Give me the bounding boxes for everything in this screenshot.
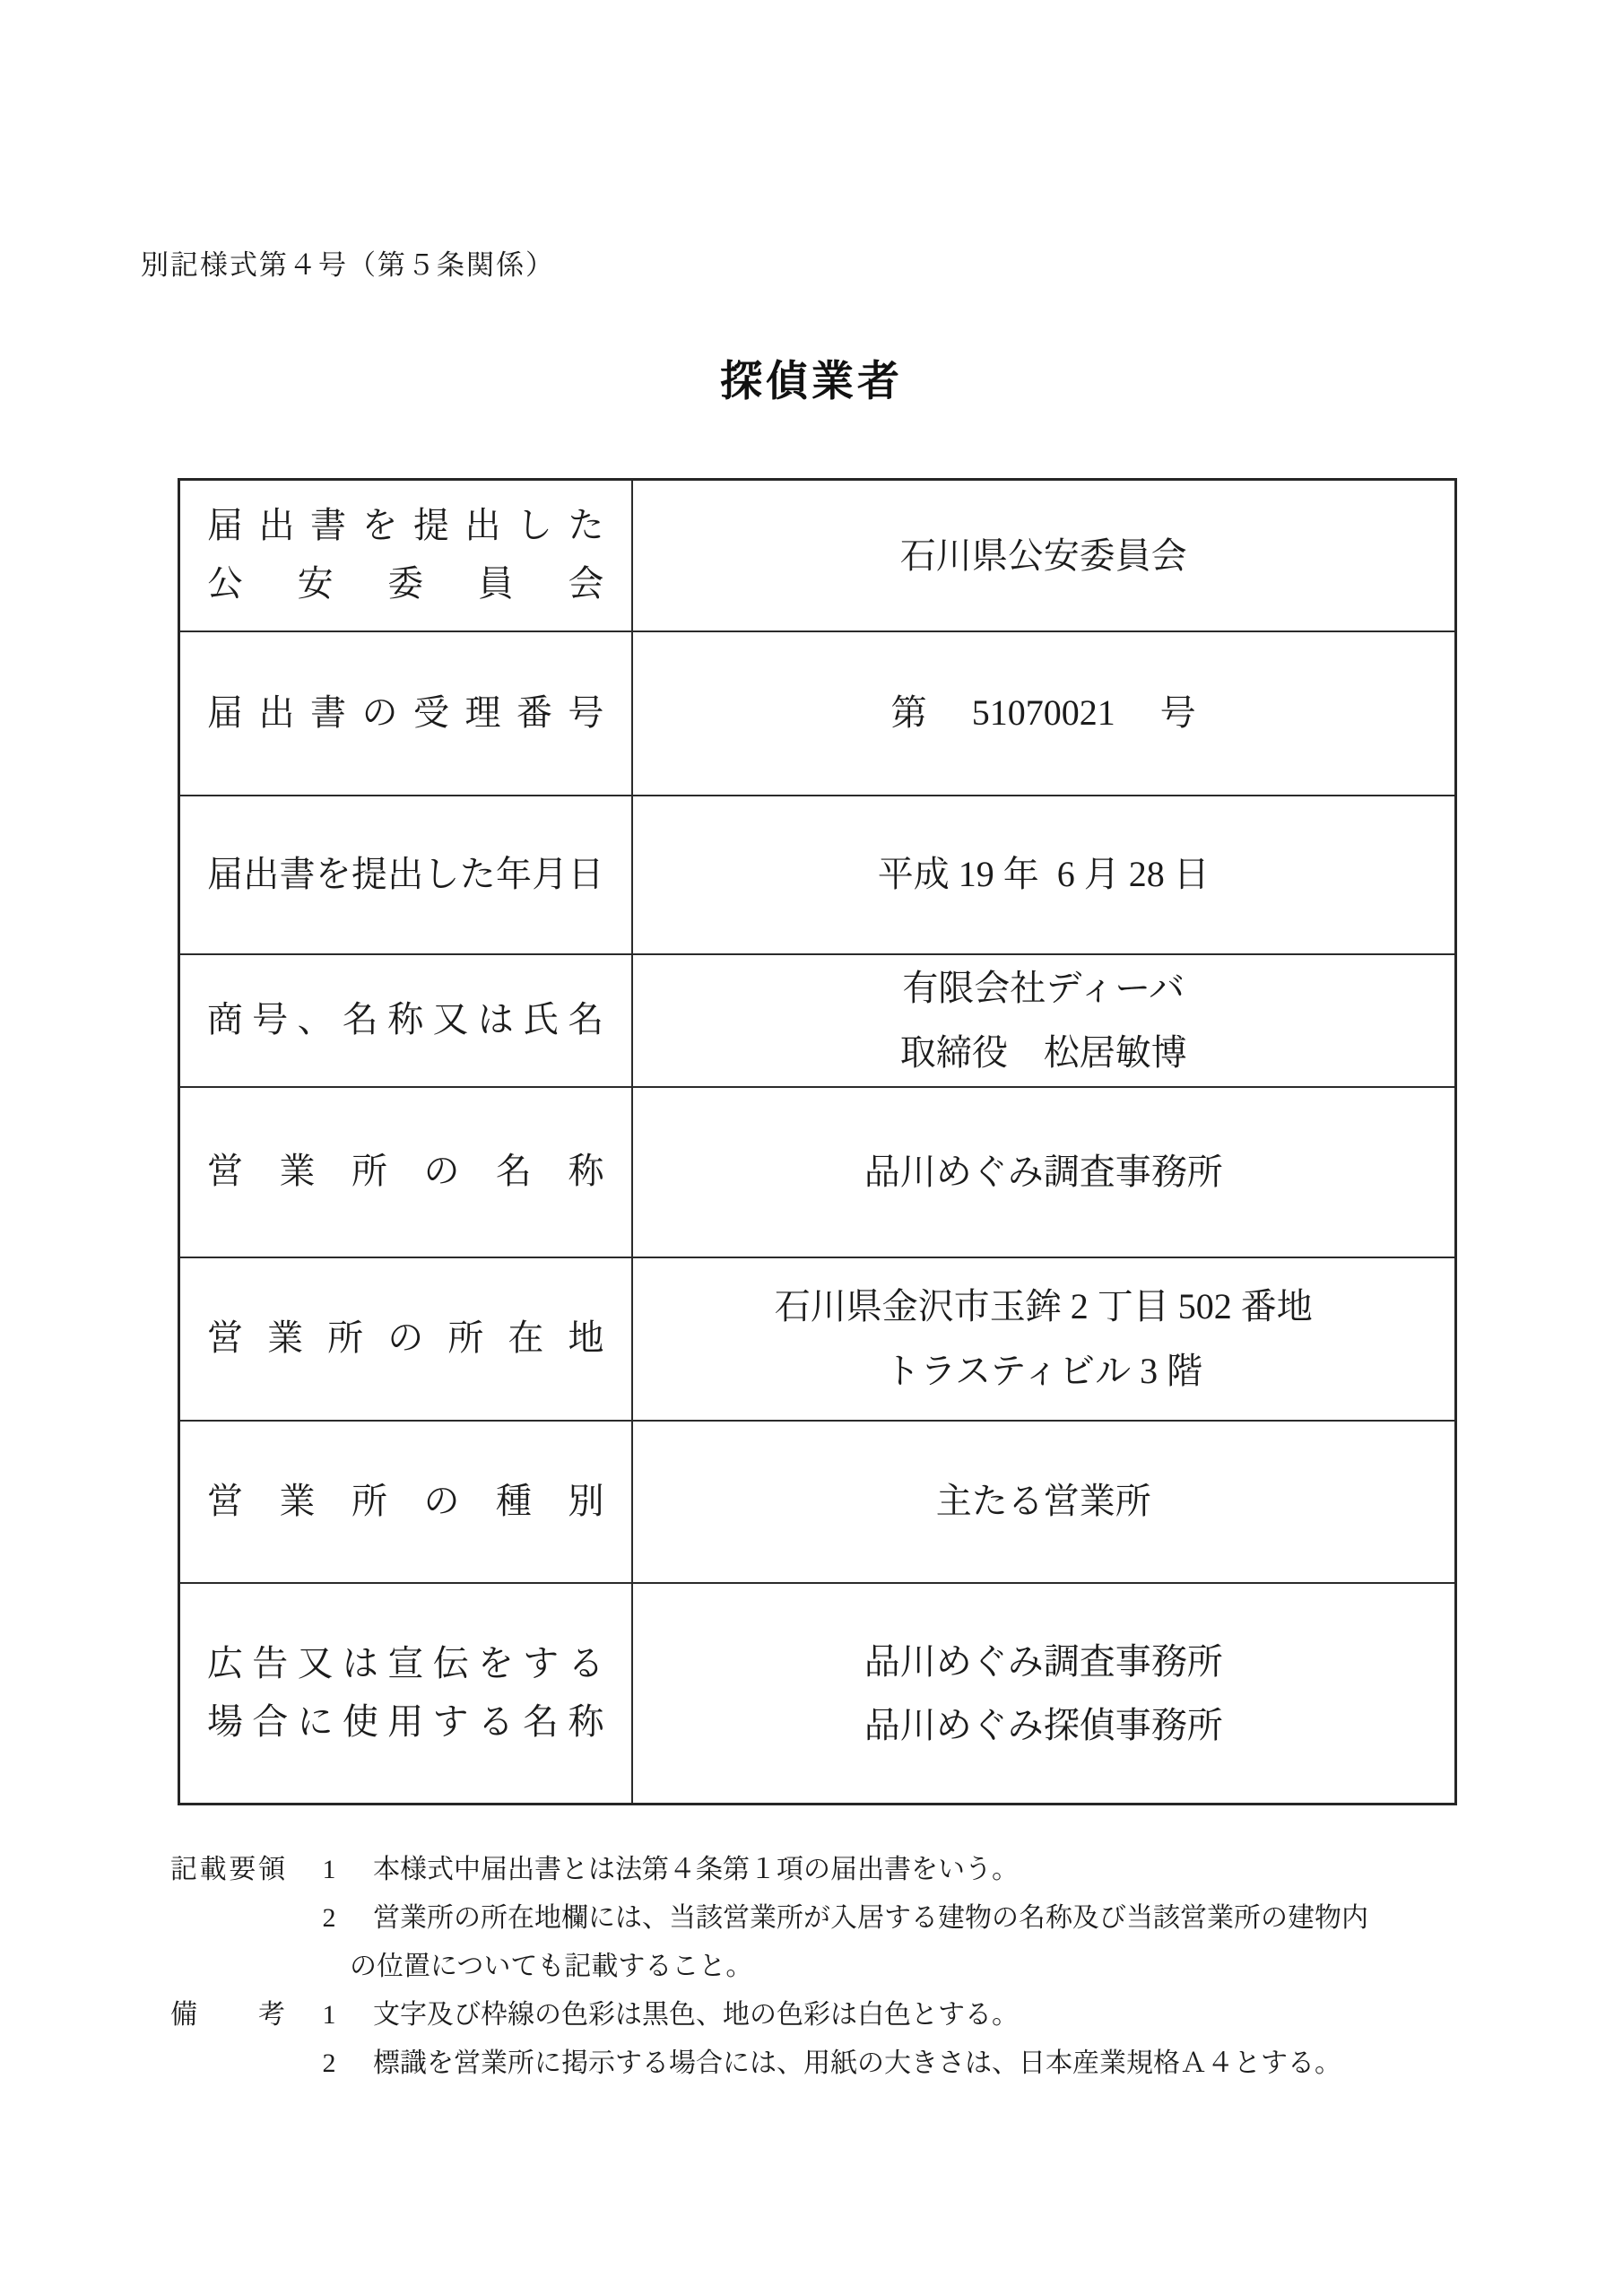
cell-line: 取締役 松居敏博	[633, 1021, 1455, 1084]
label-cell-office-type: 営業所の種別	[179, 1421, 632, 1583]
table-row: 届出書を提出した年月日 平成 19 年 6 月 28 日	[179, 796, 1456, 954]
label-cell-office-address: 営業所の所在地	[179, 1257, 632, 1421]
value-cell-advertising-name: 品川めぐみ調査事務所品川めぐみ探偵事務所	[632, 1583, 1456, 1805]
note-number: 2	[285, 2039, 373, 2088]
note-line: 2 営業所の所在地欄には、当該営業所が入居する建物の名称及び当該営業所の建物内	[170, 1894, 1488, 1943]
cell-line: 営業所の名称	[207, 1143, 604, 1201]
cell-line: 公安委員会	[207, 555, 604, 613]
label-cell-trade-name: 商号、名称又は氏名	[179, 954, 632, 1087]
table-row: 営業所の種別 主たる営業所	[179, 1421, 1456, 1583]
notes-section: 記載要領 1 本様式中届出書とは法第４条第１項の届出書をいう。 2 営業所の所在…	[170, 1846, 1488, 2088]
note-text: の位置についても記載すること。	[350, 1943, 1488, 1991]
note-text: 営業所の所在地欄には、当該営業所が入居する建物の名称及び当該営業所の建物内	[373, 1894, 1488, 1943]
note-label: 備考	[170, 1991, 285, 2039]
cell-line: 平成 19 年 6 月 28 日	[633, 842, 1455, 906]
value-cell-office-type: 主たる営業所	[632, 1421, 1456, 1583]
value-cell-submission-date: 平成 19 年 6 月 28 日	[632, 796, 1456, 954]
cell-line: 場合に使用する名称	[207, 1693, 604, 1752]
label-cell-public-safety-commission: 届出書を提出した公安委員会	[179, 480, 632, 631]
table-row: 営業所の名称 品川めぐみ調査事務所	[179, 1087, 1456, 1257]
cell-line: 第 51070021 号	[633, 681, 1455, 744]
cell-line: 届出書の受理番号	[207, 684, 604, 743]
cell-line: 主たる営業所	[633, 1469, 1455, 1533]
cell-line: 届出書を提出した年月日	[207, 846, 604, 904]
cell-line: 届出書を提出した	[207, 497, 604, 555]
form-reference: 別記様式第４号（第５条関係）	[141, 242, 555, 283]
label-cell-advertising-name: 広告又は宣伝をする場合に使用する名称	[179, 1583, 632, 1805]
table-row: 営業所の所在地 石川県金沢市玉鉾 2 丁目 502 番地トラスティビル 3 階	[179, 1257, 1456, 1421]
note-text: 標識を営業所に掲示する場合には、用紙の大きさは、日本産業規格Ａ４とする。	[373, 2039, 1488, 2088]
table-row: 広告又は宣伝をする場合に使用する名称 品川めぐみ調査事務所品川めぐみ探偵事務所	[179, 1583, 1456, 1805]
note-number: 2	[285, 1894, 373, 1943]
note-text: 本様式中届出書とは法第４条第１項の届出書をいう。	[373, 1846, 1488, 1894]
note-label: 記載要領	[170, 1846, 285, 1894]
value-cell-public-safety-commission: 石川県公安委員会	[632, 480, 1456, 631]
table-row: 届出書の受理番号 第 51070021 号	[179, 631, 1456, 796]
cell-line: 有限会社ディーバ	[633, 956, 1455, 1020]
label-cell-office-name: 営業所の名称	[179, 1087, 632, 1257]
value-cell-trade-name: 有限会社ディーバ取締役 松居敏博	[632, 954, 1456, 1087]
note-text: 文字及び枠線の色彩は黒色、地の色彩は白色とする。	[373, 1991, 1488, 2039]
value-cell-office-address: 石川県金沢市玉鉾 2 丁目 502 番地トラスティビル 3 階	[632, 1257, 1456, 1421]
cell-line: 営業所の所在地	[207, 1309, 604, 1368]
value-cell-office-name: 品川めぐみ調査事務所	[632, 1087, 1456, 1257]
note-line-continuation: の位置についても記載すること。	[170, 1943, 1488, 1991]
label-cell-submission-date: 届出書を提出した年月日	[179, 796, 632, 954]
note-line: 2 標識を営業所に掲示する場合には、用紙の大きさは、日本産業規格Ａ４とする。	[170, 2039, 1488, 2088]
cell-line: 営業所の種別	[207, 1473, 604, 1531]
cell-line: 石川県金沢市玉鉾 2 丁目 502 番地	[633, 1274, 1455, 1338]
label-cell-receipt-number: 届出書の受理番号	[179, 631, 632, 796]
document-page: { "page": { "form_reference": "別記様式第４号（第…	[0, 0, 1623, 2296]
note-number: 1	[285, 1846, 373, 1894]
cell-line: 広告又は宣伝をする	[207, 1635, 604, 1693]
page-title: 探偵業者	[0, 348, 1623, 408]
cell-line: 品川めぐみ探偵事務所	[633, 1693, 1455, 1757]
table-row: 商号、名称又は氏名 有限会社ディーバ取締役 松居敏博	[179, 954, 1456, 1087]
cell-line: 商号、名称又は氏名	[207, 991, 604, 1049]
registration-table: 届出書を提出した公安委員会 石川県公安委員会 届出書の受理番号 第 510700…	[178, 478, 1457, 1805]
note-number: 1	[285, 1991, 373, 2039]
table-row: 届出書を提出した公安委員会 石川県公安委員会	[179, 480, 1456, 631]
cell-line: トラスティビル 3 階	[633, 1339, 1455, 1403]
note-line: 記載要領 1 本様式中届出書とは法第４条第１項の届出書をいう。	[170, 1846, 1488, 1894]
cell-line: 品川めぐみ調査事務所	[633, 1630, 1455, 1693]
note-line: 備考 1 文字及び枠線の色彩は黒色、地の色彩は白色とする。	[170, 1991, 1488, 2039]
cell-line: 品川めぐみ調査事務所	[633, 1140, 1455, 1204]
cell-line: 石川県公安委員会	[633, 524, 1455, 587]
value-cell-receipt-number: 第 51070021 号	[632, 631, 1456, 796]
